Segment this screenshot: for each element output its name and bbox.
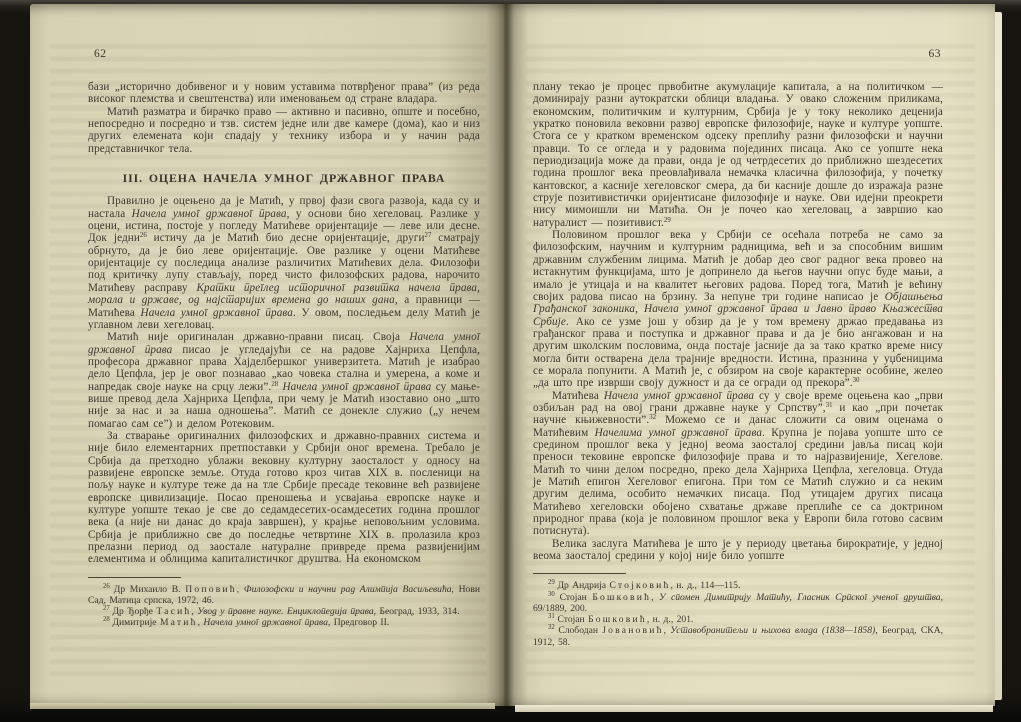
footnote: 28 Димитрије Матић, Начела умног државно… [88, 617, 480, 628]
page-body: бази „исторично добивеног и у новим уста… [88, 81, 480, 566]
footnotes: 26 Др Михаило В. Поповић, Филозофски и н… [88, 584, 480, 629]
text-run: Начела умног државног права [203, 617, 327, 628]
bottom-page-edge [515, 705, 993, 712]
text-run: Др Андрија [558, 580, 610, 591]
footnote-reference: 26 [140, 232, 147, 239]
text-run: У спомен Димитрију Матићу, Гласник Српск… [659, 592, 941, 603]
text-run: , [651, 592, 659, 603]
text-run: Бошковић [592, 592, 651, 603]
text-run: Бошковић [588, 614, 647, 625]
right-page: 63 плану текао је процес првобитне акуму… [506, 4, 995, 706]
text-run: Начела умног државног права [644, 303, 798, 315]
page-stack-edge [4, 3, 32, 709]
right-page-text-column: 63 плану текао је процес првобитне акуму… [533, 48, 943, 648]
left-page-text-column: 62 бази „исторично добивеног и у новим у… [88, 48, 480, 629]
text-run: Увод у правне науке. Енциклопедија права [197, 606, 373, 617]
paragraph: Матић није оригиналан државно-правни пис… [88, 331, 480, 430]
text-run: бази „исторично добивеног и у новим уста… [88, 81, 480, 105]
footnote-reference: 30 [853, 377, 860, 384]
paragraph: Половином прошлог века у Србији се осећа… [533, 229, 943, 389]
text-run: Начела умног државног права [604, 390, 754, 402]
text-run: , н. д., 114—115. [670, 580, 740, 591]
text-run: Поповић [185, 584, 237, 595]
text-run: Тасић [156, 606, 191, 617]
paragraph: плану текао је процес првобитне акумулац… [533, 81, 943, 229]
footnote-separator [88, 577, 181, 578]
footnote: 29 Др Андрија Стојковић, н. д., 114—115. [533, 580, 943, 591]
paragraph: бази „исторично добивеног и у новим уста… [88, 81, 480, 106]
paragraph: Велика заслуга Матићева је што је у пери… [533, 538, 943, 563]
page-number: 62 [94, 48, 480, 60]
right-page-edge [995, 12, 1002, 700]
paragraph: Матићева Начела умног државног права су … [533, 390, 943, 538]
paragraph: Матић разматра и бирачко право — активно… [88, 106, 480, 155]
paragraph: За стварање оригиналних филозофских и др… [88, 430, 480, 566]
text-run: Димитрије [113, 617, 160, 628]
book-scan: 62 бази „исторично добивеног и у новим у… [0, 0, 1021, 722]
text-run: III. ОЦЕНА НАЧЕЛА УМНОГ ДРЖАВНОГ ПРАВА [123, 171, 446, 185]
text-run: истичу да је Матић био десне оријентациј… [147, 232, 425, 244]
footnote-separator [533, 573, 626, 574]
text-run: , [635, 303, 644, 315]
text-run: и [798, 303, 816, 315]
footnote: 26 Др Михаило В. Поповић, Филозофски и н… [88, 584, 480, 607]
text-run: , [237, 584, 244, 595]
footnote: 27 Др Ђорђе Тасић, Увод у правне науке. … [88, 606, 480, 617]
footnote: 31 Стојан Бошковић, н. д., 201. [533, 614, 943, 625]
text-run: Стојан [560, 592, 593, 603]
footnote-marker: 32 [548, 624, 558, 631]
left-page: 62 бази „исторично добивеног и у новим у… [30, 4, 506, 706]
text-run: Половином прошлог века у Србији се осећа… [533, 229, 943, 303]
footnote-marker: 27 [103, 605, 113, 612]
text-run: , Београд, 1933, 314. [374, 606, 460, 617]
footnote-marker: 29 [548, 579, 558, 586]
text-run: . Ако се узме још у обзир да је у том вр… [533, 316, 943, 390]
footnote: 32 Слободан Јовановић, Уставобранитељи и… [533, 625, 943, 648]
text-run: , Предговор II. [328, 617, 389, 628]
text-run: За стварање оригиналних филозофских и др… [88, 430, 480, 565]
text-run: Начела умног државног права [132, 208, 287, 220]
section-heading: III. ОЦЕНА НАЧЕЛА УМНОГ ДРЖАВНОГ ПРАВА [88, 172, 480, 184]
page-number: 63 [533, 48, 941, 60]
text-run: Филозофски и научни рад Алимпија Васиљев… [244, 584, 452, 595]
text-run: Матићева [552, 390, 604, 402]
text-run: Начелима умног државног права [595, 427, 762, 439]
text-run: Матић није оригиналан државно-правни пис… [107, 331, 409, 343]
footnote-marker: 31 [548, 613, 558, 620]
text-run: Др Михаило В. [114, 584, 185, 595]
text-run: Матић разматра и бирачко право — активно… [88, 106, 480, 155]
text-run: Слободан [558, 625, 602, 636]
text-run: Стојан [558, 614, 589, 625]
text-run: . Крупна је појава уопште што се средино… [533, 427, 943, 538]
paragraph: Правилно је оцењено да је Матић, у првој… [88, 195, 480, 331]
footnote-marker: 28 [103, 616, 113, 623]
footnote-marker: 30 [548, 591, 560, 598]
page-body: плану текао је процес првобитне акумулац… [533, 81, 943, 562]
footnote: 30 Стојан Бошковић, У спомен Димитрију М… [533, 592, 943, 615]
footnote-reference: 29 [664, 217, 671, 224]
footnote-marker: 26 [103, 583, 114, 590]
bottom-page-edge [30, 703, 495, 709]
text-run: Начела умног државног права [283, 381, 432, 393]
text-run: Уставобранитељи и њихова влада (1838—185… [670, 625, 875, 636]
text-run: Стојковић [609, 580, 670, 591]
text-run: плану текао је процес првобитне акумулац… [533, 81, 943, 229]
text-run: Јовановић [602, 625, 663, 636]
text-run: Матић [160, 617, 198, 628]
text-run: , н. д., 201. [647, 614, 694, 625]
text-run: Начела умног државног права [141, 307, 293, 319]
footnotes: 29 Др Андрија Стојковић, н. д., 114—115.… [533, 580, 943, 648]
text-run: Велика заслуга Матићева је што је у пери… [533, 538, 943, 562]
text-run: Др Ђорђе [113, 606, 157, 617]
